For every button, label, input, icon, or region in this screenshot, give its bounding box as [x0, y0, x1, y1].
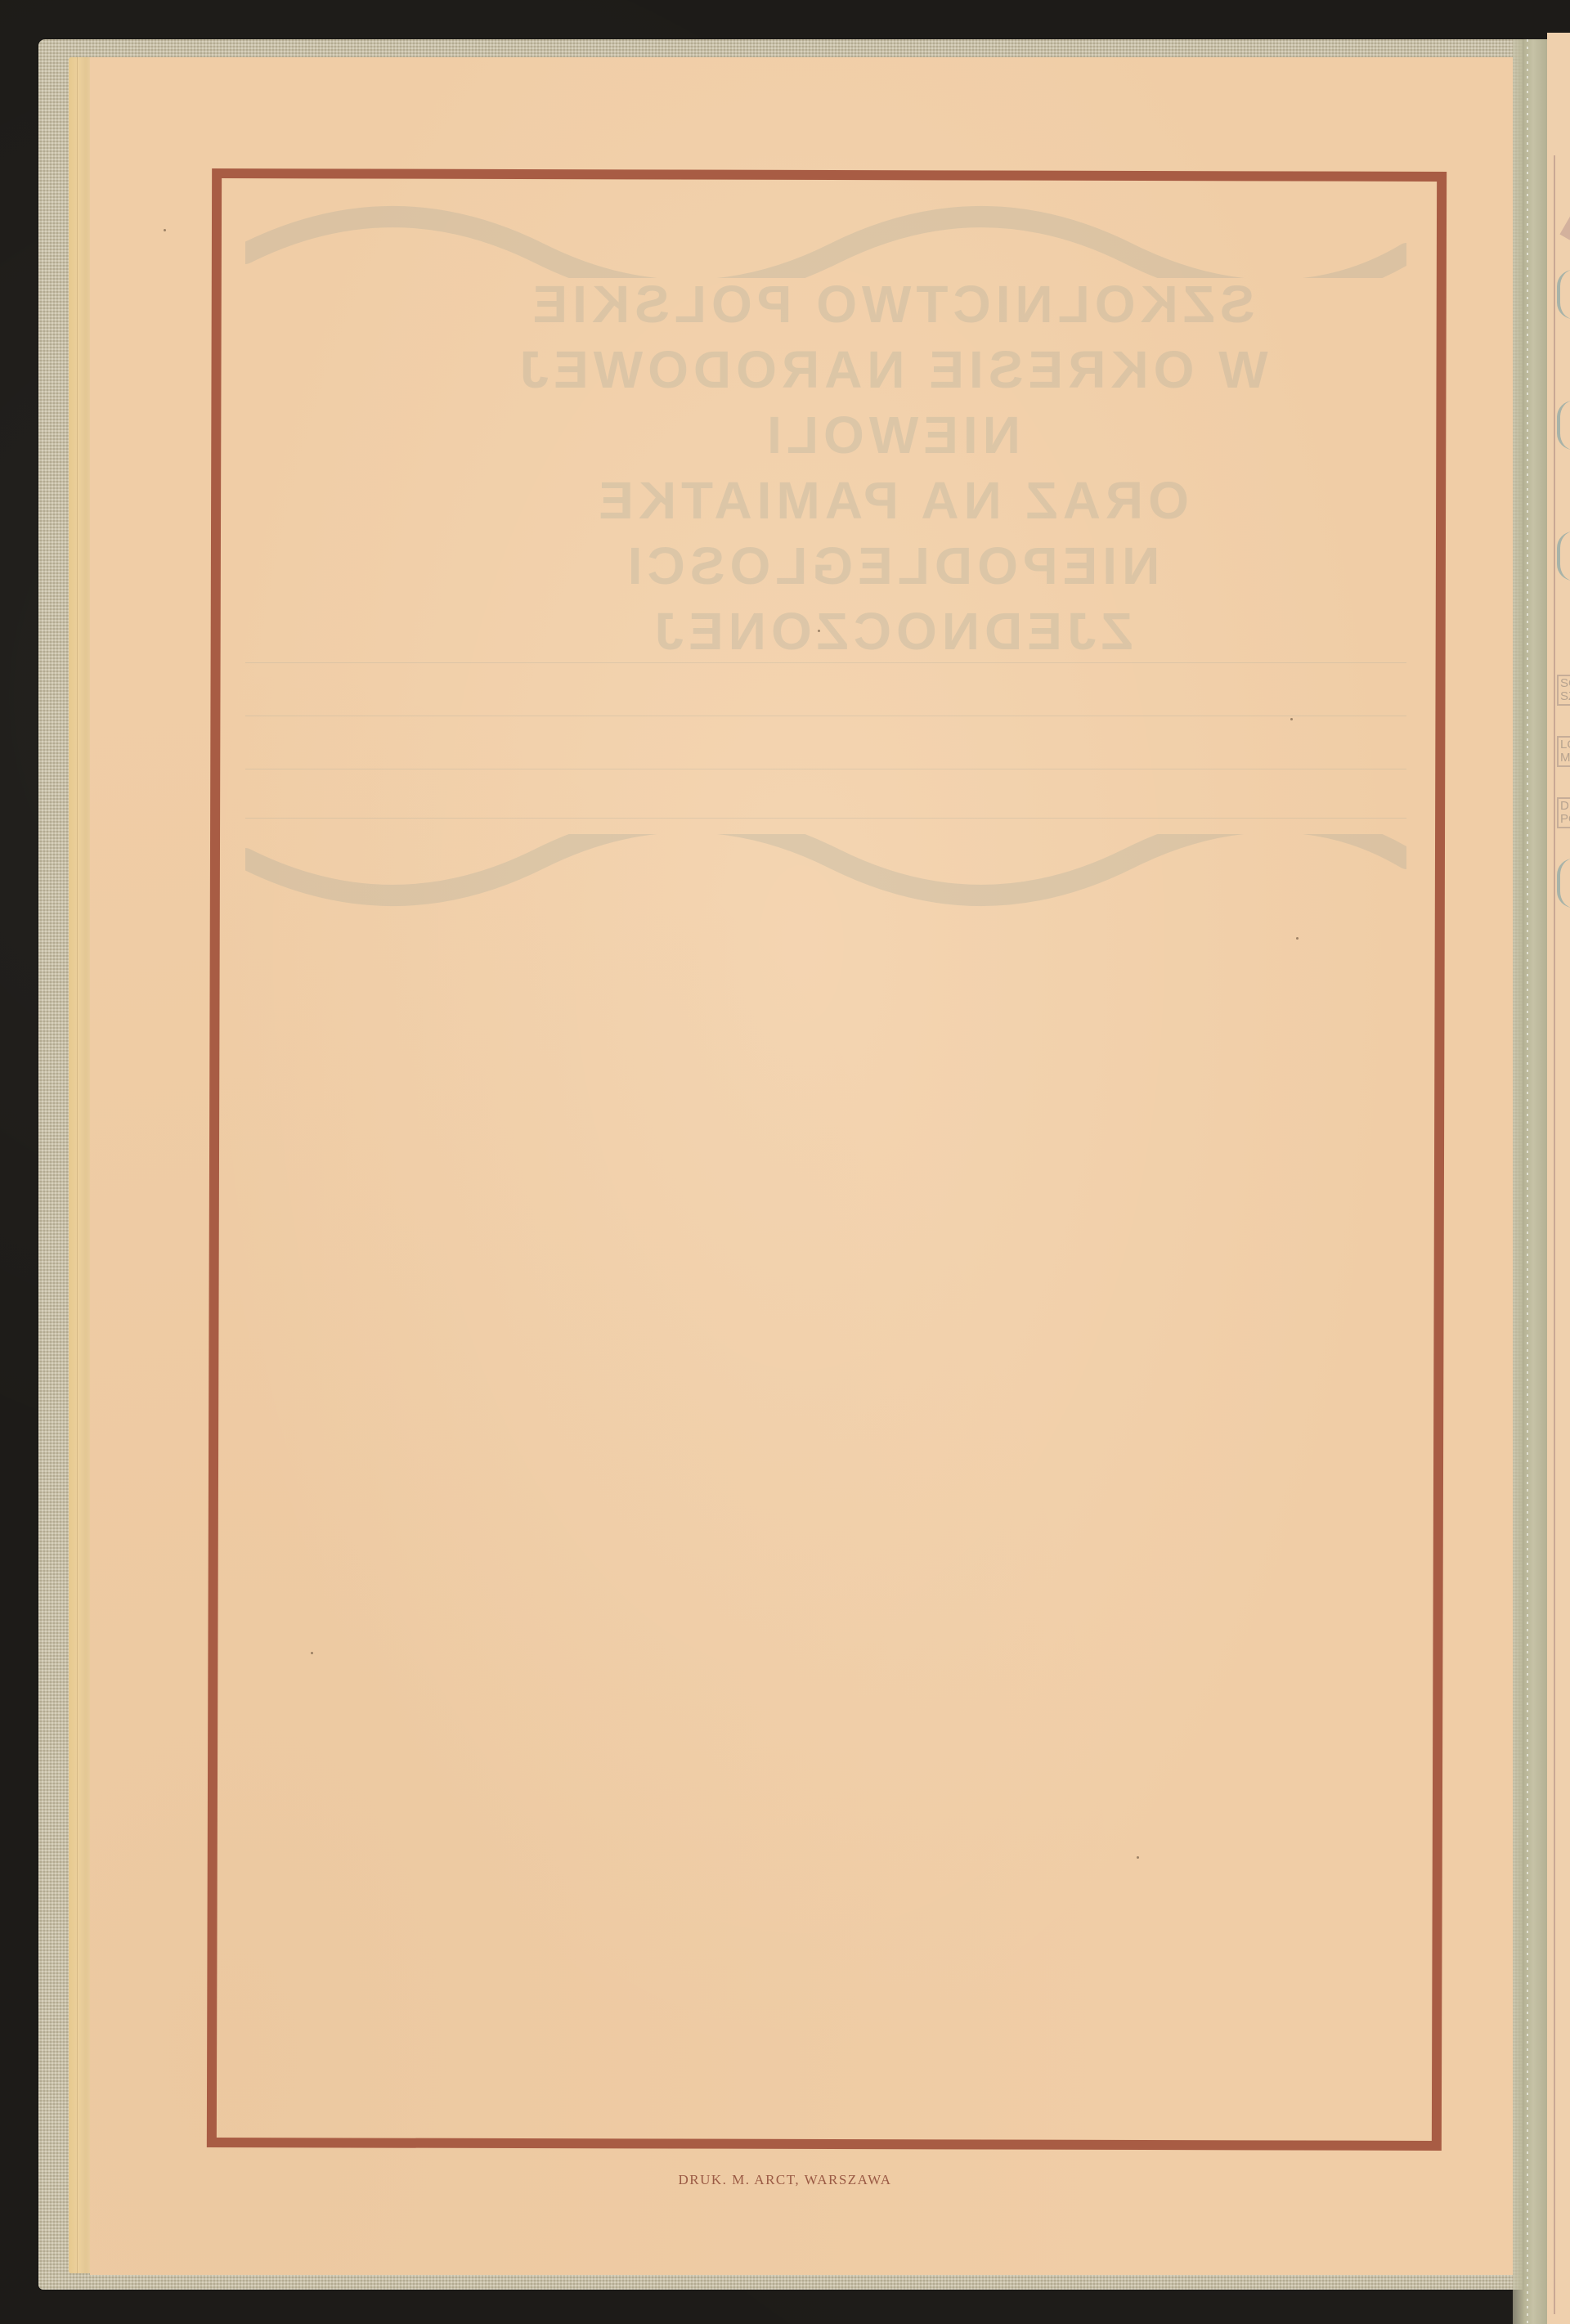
binding-gutter-strip	[1513, 39, 1547, 2324]
paper-speck	[164, 229, 166, 231]
cover-label-fragment: DIS PO	[1557, 797, 1570, 828]
decorative-frame-border	[207, 168, 1447, 2151]
cover-ornament-curl	[1557, 532, 1570, 581]
cover-ornament-curl	[1557, 859, 1570, 908]
cover-label-fragment: LOG MIE	[1557, 736, 1570, 767]
cover-ornament-bar	[1559, 213, 1570, 240]
cover-label-fragment: SCH SZK	[1557, 675, 1570, 706]
cover-ornament-curl	[1557, 401, 1570, 450]
adjacent-page-edge: SCH SZK LOG MIE DIS PO	[1547, 33, 1570, 2324]
adjacent-page-rule	[1554, 155, 1555, 2314]
printer-colophon: DRUK. M. ARCT, WARSZAWA	[0, 2172, 1570, 2188]
cover-ornament-curl	[1557, 270, 1570, 319]
